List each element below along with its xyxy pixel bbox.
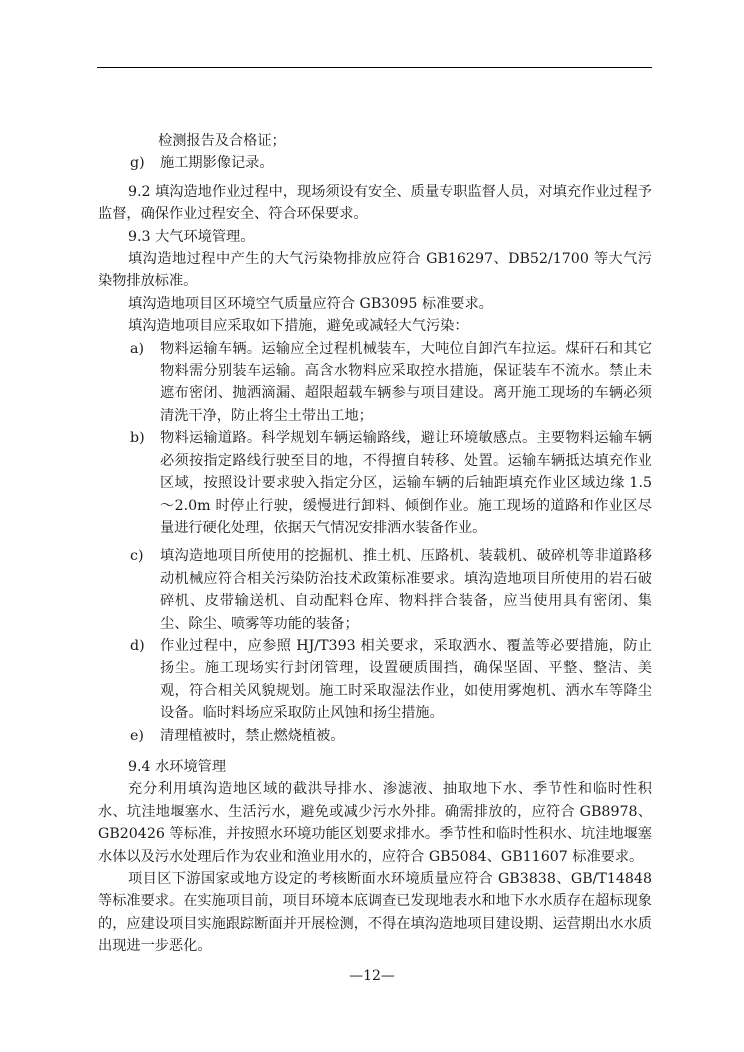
list-text: 物料运输道路。科学规划车辆运输路线，避让环境敏感点。主要物料运输车辆必须按指定路… xyxy=(160,427,652,539)
list-text: 施工期影像记录。 xyxy=(160,152,652,174)
list-item-d: d) 作业过程中，应参照 HJ/T393 相关要求，采取洒水、覆盖等必要措施，防… xyxy=(98,635,652,725)
page-body: 检测报告及合格证； g) 施工期影像记录。 9.2 填沟造地作业过程中，现场须设… xyxy=(98,130,652,958)
list-item-b: b) 物料运输道路。科学规划车辆运输路线，避让环境敏感点。主要物料运输车辆必须按… xyxy=(98,427,652,539)
list-text: 填沟造地项目所使用的挖掘机、推土机、压路机、装载机、破碎机等非道路移动机械应符合… xyxy=(160,545,652,635)
section-9-3-para3: 填沟造地项目应采取如下措施，避免或减轻大气污染： xyxy=(98,315,652,337)
list-text: 物料运输车辆。运输应全过程机械装车，大吨位自卸汽车拉运。煤矸石和其它物料需分别装… xyxy=(160,338,652,428)
list-item-a: a) 物料运输车辆。运输应全过程机械装车，大吨位自卸汽车拉运。煤矸石和其它物料需… xyxy=(98,338,652,428)
list-marker: b) xyxy=(98,427,160,539)
section-9-4-para1: 充分利用填沟造地区域的截洪导排水、渗滤液、抽取地下水、季节性和临时性积水、坑洼地… xyxy=(98,778,652,868)
section-9-4-heading: 9.4 水环境管理 xyxy=(98,756,652,778)
list-marker: g) xyxy=(98,152,160,174)
page-number: —12— xyxy=(0,968,744,984)
list-item-e: e) 清理植被时，禁止燃烧植被。 xyxy=(98,725,652,747)
section-9-2: 9.2 填沟造地作业过程中，现场须设有安全、质量专职监督人员，对填充作业过程予监… xyxy=(98,181,652,226)
section-9-3-para2: 填沟造地项目区环境空气质量应符合 GB3095 标准要求。 xyxy=(98,293,652,315)
section-9-3-heading: 9.3 大气环境管理。 xyxy=(98,226,652,248)
section-9-3-para1: 填沟造地过程中产生的大气污染物排放应符合 GB16297、DB52/1700 等… xyxy=(98,248,652,293)
section-9-4-para2: 项目区下游国家或地方设定的考核断面水环境质量应符合 GB3838、GB/T148… xyxy=(98,868,652,958)
list-marker: e) xyxy=(98,725,160,747)
list-item-c: c) 填沟造地项目所使用的挖掘机、推土机、压路机、装载机、破碎机等非道路移动机械… xyxy=(98,545,652,635)
list-text: 作业过程中，应参照 HJ/T393 相关要求，采取洒水、覆盖等必要措施，防止扬尘… xyxy=(160,635,652,725)
list-marker: c) xyxy=(98,545,160,635)
continuation-line: 检测报告及合格证； xyxy=(98,130,652,152)
list-item-g: g) 施工期影像记录。 xyxy=(98,152,652,174)
header-rule xyxy=(97,67,652,68)
list-marker: a) xyxy=(98,338,160,428)
list-marker: d) xyxy=(98,635,160,725)
list-text: 清理植被时，禁止燃烧植被。 xyxy=(160,725,652,747)
